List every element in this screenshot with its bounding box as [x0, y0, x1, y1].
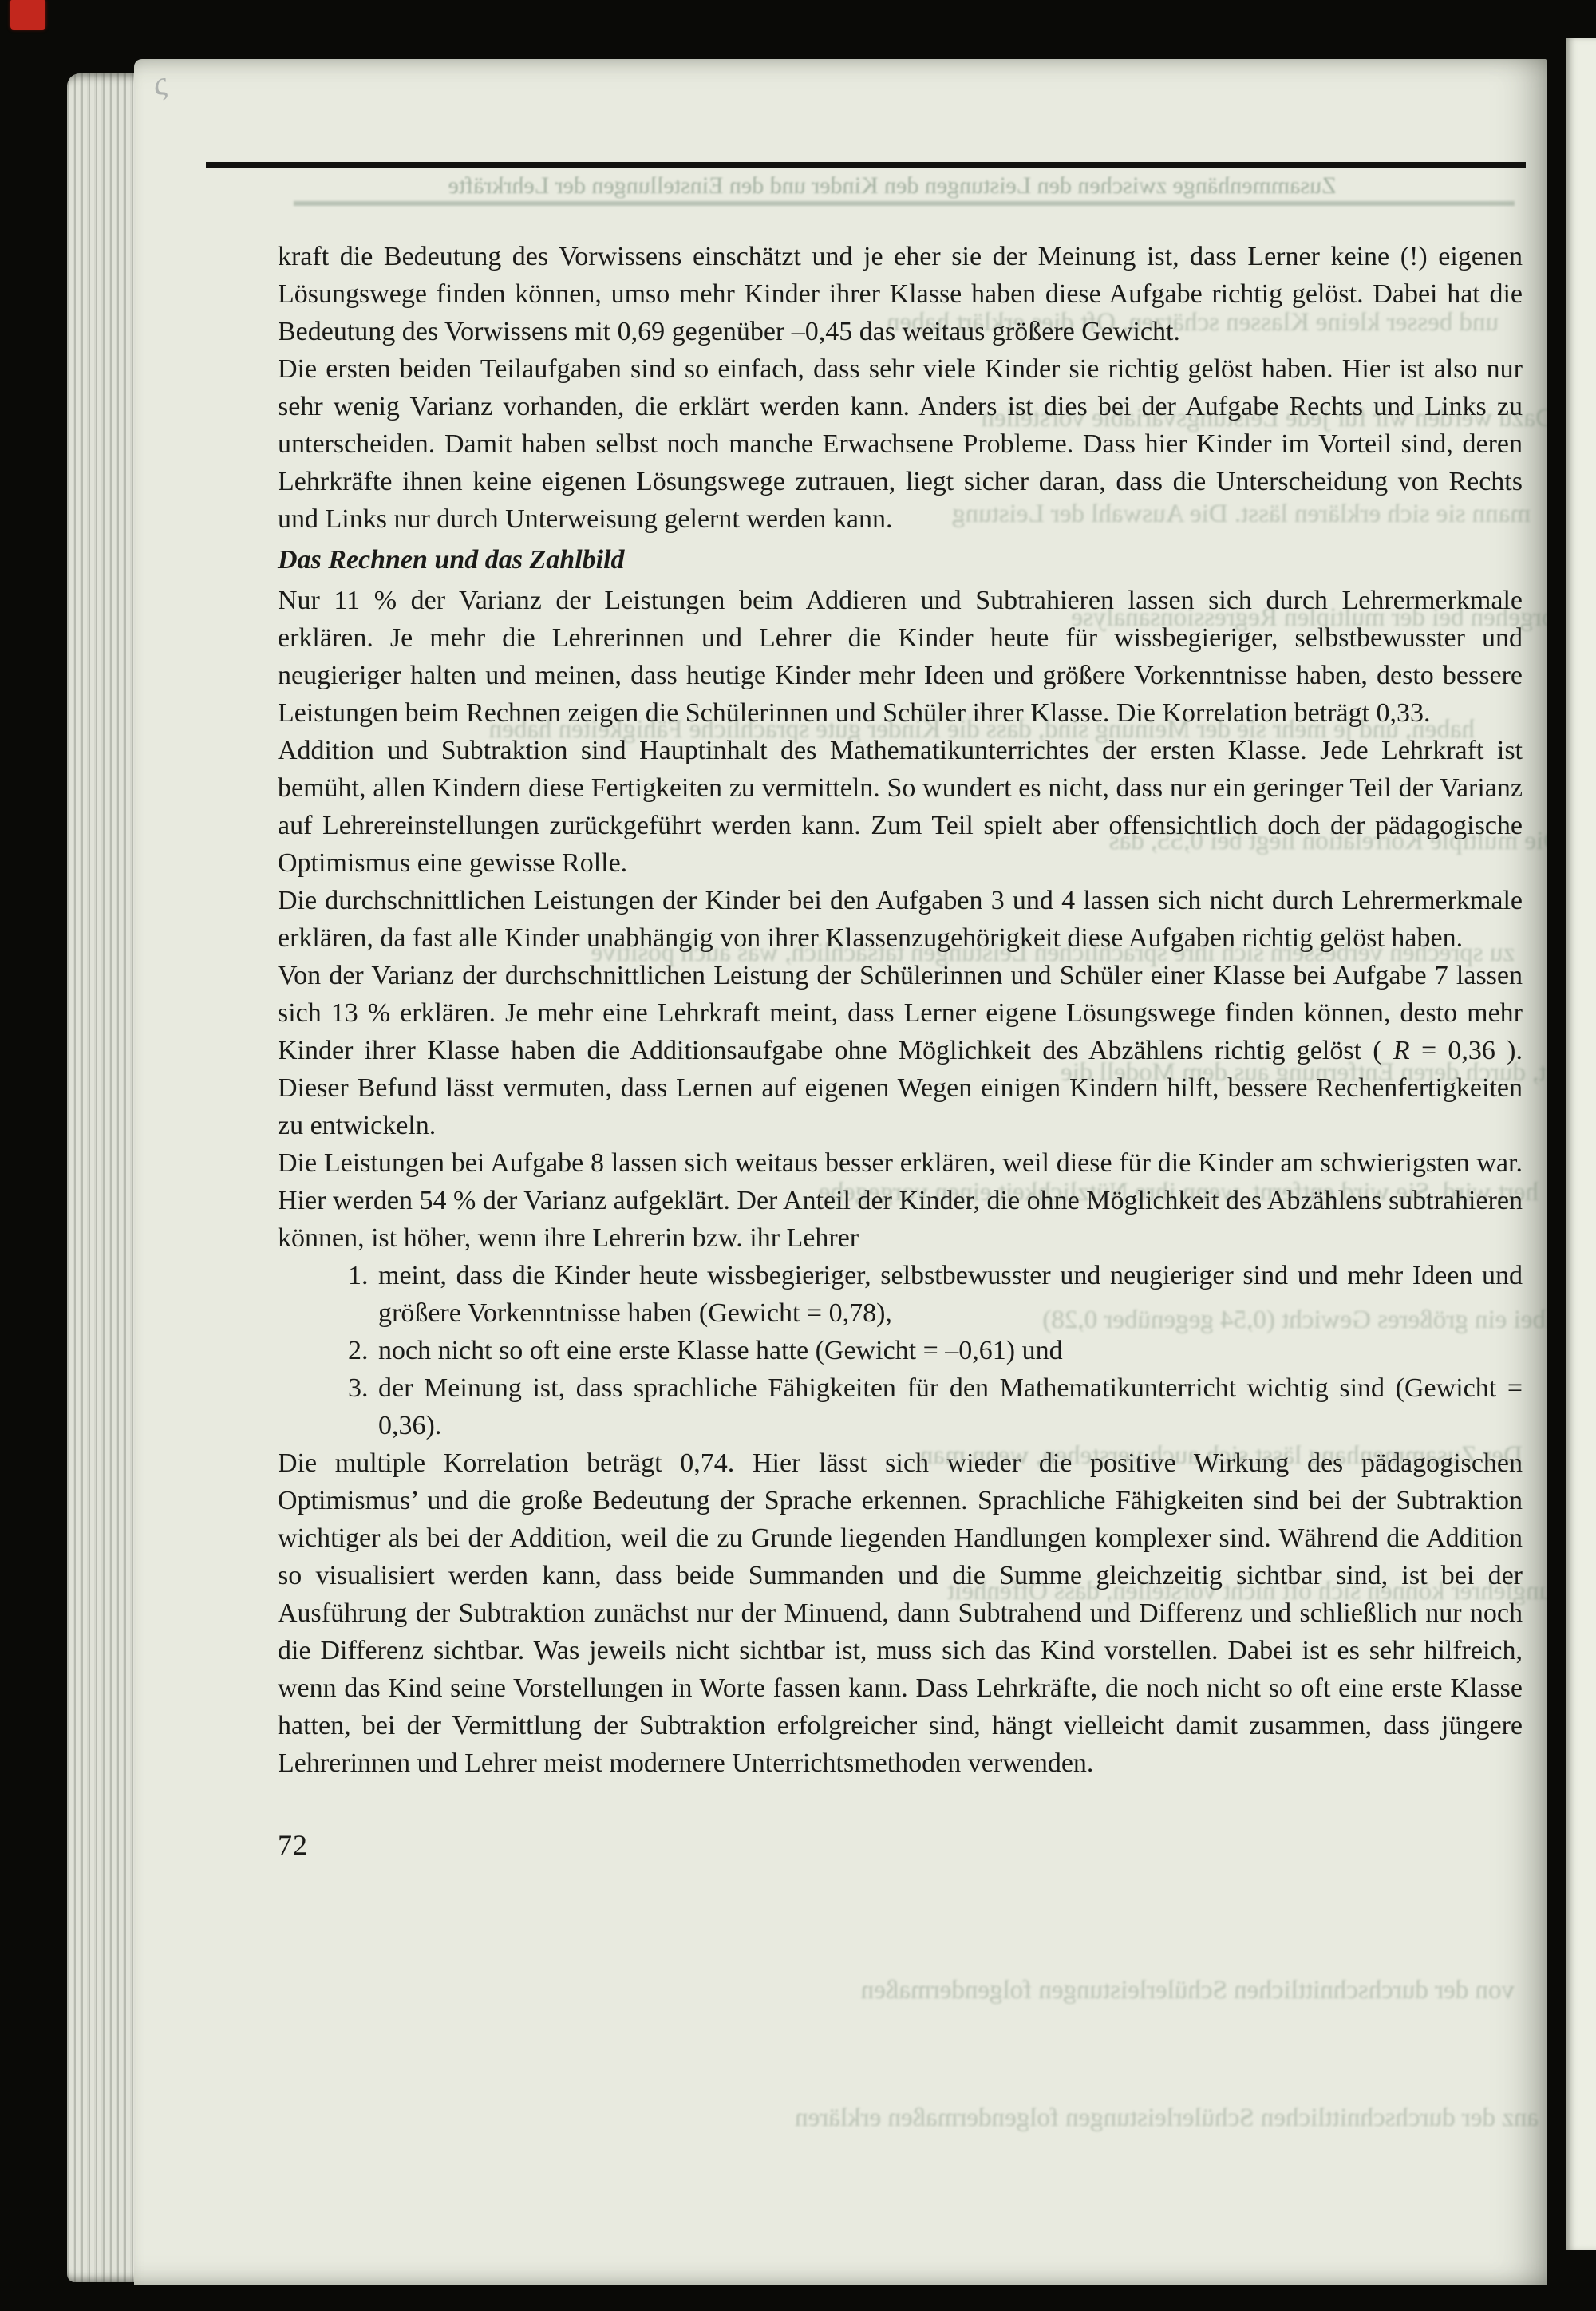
list-item-3: der Meinung ist, dass sprachliche Fähigk… — [375, 1369, 1523, 1444]
bleedthrough-header: Zusammenhänge zwischen den Leistungen de… — [254, 172, 1531, 199]
paragraph-3: Nur 11 % der Varianz der Leistungen beim… — [278, 582, 1523, 732]
page-content: kraft die Bedeutung des Vorwissens einsc… — [278, 238, 1523, 1864]
paragraph-1: kraft die Bedeutung des Vorwissens einsc… — [278, 238, 1523, 350]
correlation-symbol: R — [1393, 1036, 1410, 1065]
page-number: 72 — [278, 1827, 1523, 1864]
paragraph-8: Die multiple Korrelation beträgt 0,74. H… — [278, 1444, 1523, 1782]
paragraph-4: Addition und Subtraktion sind Hauptinhal… — [278, 732, 1523, 882]
paragraph-5: Die durchschnittlichen Leistungen der Ki… — [278, 882, 1523, 957]
bleedthrough-rule — [294, 201, 1515, 206]
paragraph-7: Die Leistungen bei Aufgabe 8 lassen sich… — [278, 1144, 1523, 1257]
paragraph-6-text: Von der Varianz der durchschnittlichen L… — [278, 961, 1523, 1065]
scanner-background: ς und besser kleine Klassen schätzen. Of… — [0, 0, 1596, 2311]
list-item-1: meint, dass die Kinder heute wissbegieri… — [375, 1257, 1523, 1332]
list-item-2: noch nicht so oft eine erste Klasse hatt… — [375, 1332, 1523, 1369]
paragraph-6: Von der Varianz der durchschnittlichen L… — [278, 957, 1523, 1144]
bleedthrough-text: anz der durchschnittlichen Schülerleistu… — [342, 2102, 1539, 2134]
header-rule — [206, 162, 1526, 168]
red-scan-marker — [10, 0, 45, 30]
book-page: ς und besser kleine Klassen schätzen. Of… — [134, 59, 1547, 2285]
numbered-list: meint, dass die Kinder heute wissbegieri… — [278, 1257, 1523, 1444]
bleedthrough-text: von der durchschnittlichen Schülerleistu… — [318, 1974, 1515, 2006]
book-page-edges — [67, 73, 136, 2282]
paragraph-2: Die ersten beiden Teilaufgaben sind so e… — [278, 350, 1523, 538]
section-heading: Das Rechnen und das Zahlbild — [278, 541, 1523, 579]
facing-page-edge — [1566, 38, 1596, 2250]
